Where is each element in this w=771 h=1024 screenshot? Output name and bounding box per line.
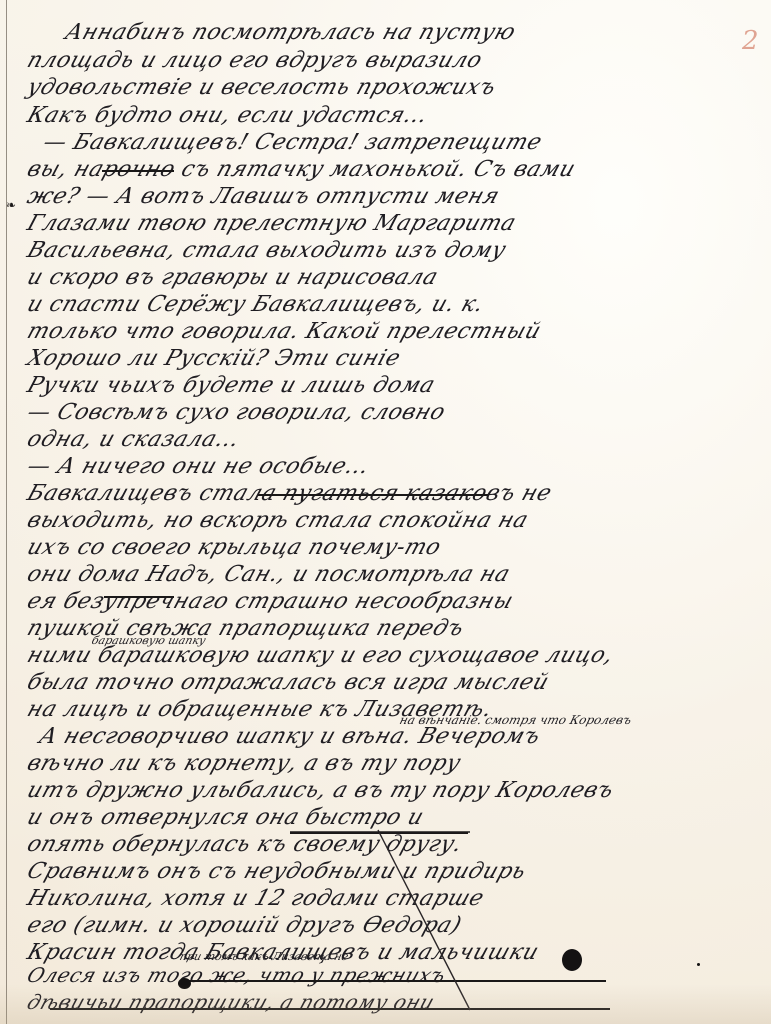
deletion-stroke-overlay xyxy=(0,0,771,1024)
ink-dot xyxy=(697,963,700,966)
ink-blot xyxy=(562,949,582,971)
paper-shadow xyxy=(0,984,771,1024)
manuscript-page: 2 ❧ Аннабинъ посмотрѣлась на пустую площ… xyxy=(0,0,771,1024)
